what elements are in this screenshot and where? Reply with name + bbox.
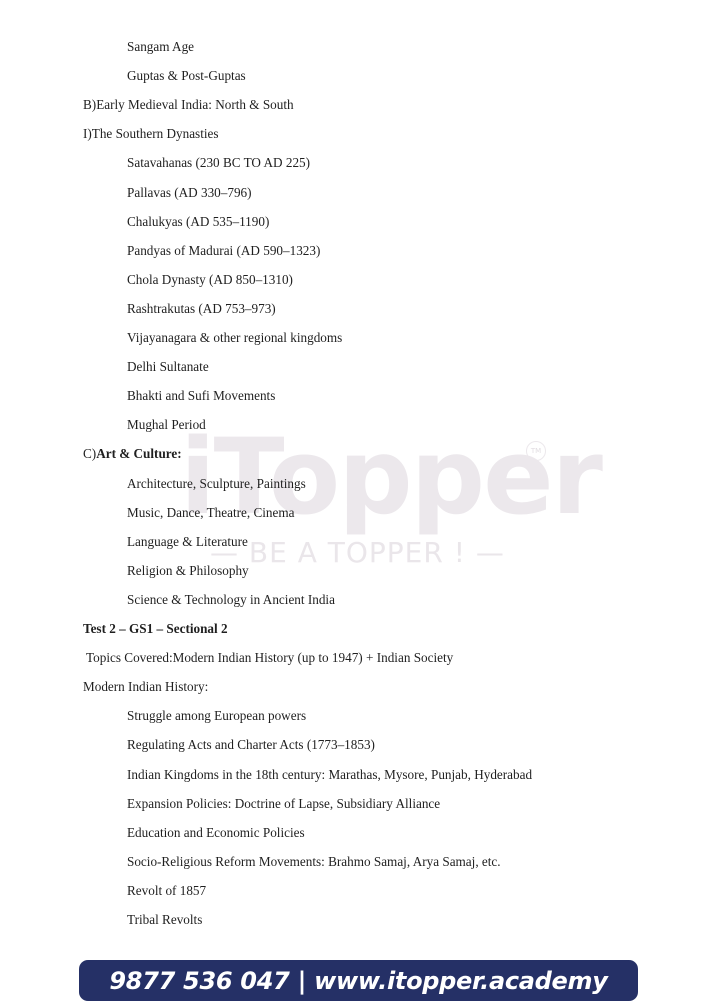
- line-text: Satavahanas (230 BC TO AD 225): [127, 155, 310, 170]
- line-text: Socio-Religious Reform Movements: Brahmo…: [127, 854, 501, 869]
- line-text: Vijayanagara & other regional kingdoms: [127, 330, 342, 345]
- section-prefix: C): [83, 446, 96, 461]
- section-heading: Topics Covered:Modern Indian History (up…: [86, 650, 453, 666]
- section-heading: B)Early Medieval India: North & South: [83, 97, 294, 113]
- line-text: Bhakti and Sufi Movements: [127, 388, 275, 403]
- line-text: Chola Dynasty (AD 850–1310): [127, 272, 293, 287]
- line-text: Architecture, Sculpture, Paintings: [127, 476, 306, 491]
- list-item: Satavahanas (230 BC TO AD 225): [127, 155, 310, 171]
- section-heading: C)Art & Culture:: [83, 446, 182, 462]
- list-item: Mughal Period: [127, 417, 206, 433]
- list-item: Regulating Acts and Charter Acts (1773–1…: [127, 737, 375, 753]
- line-text: Topics Covered:Modern Indian History (up…: [86, 650, 453, 665]
- list-item: Tribal Revolts: [127, 912, 202, 928]
- footer-banner: 9877 536 047 | www.itopper.academy: [79, 960, 638, 1001]
- list-item: Socio-Religious Reform Movements: Brahmo…: [127, 854, 501, 870]
- line-text: Delhi Sultanate: [127, 359, 209, 374]
- list-item: Struggle among European powers: [127, 708, 306, 724]
- line-text: Tribal Revolts: [127, 912, 202, 927]
- footer-contact: 9877 536 047 | www.itopper.academy: [109, 967, 607, 995]
- trademark-icon: TM: [526, 441, 546, 461]
- section-heading: I)The Southern Dynasties: [83, 126, 219, 142]
- watermark-tagline: — BE A TOPPER ! —: [210, 536, 505, 569]
- list-item: Bhakti and Sufi Movements: [127, 388, 275, 404]
- section-heading: Modern Indian History:: [83, 679, 208, 695]
- list-item: Revolt of 1857: [127, 883, 206, 899]
- line-text: Indian Kingdoms in the 18th century: Mar…: [127, 767, 532, 782]
- list-item: Religion & Philosophy: [127, 563, 249, 579]
- section-heading: Test 2 – GS1 – Sectional 2: [83, 621, 228, 637]
- line-text: Pandyas of Madurai (AD 590–1323): [127, 243, 320, 258]
- line-text: Revolt of 1857: [127, 883, 206, 898]
- list-item: Expansion Policies: Doctrine of Lapse, S…: [127, 796, 440, 812]
- list-item: Music, Dance, Theatre, Cinema: [127, 505, 294, 521]
- line-text: Modern Indian History:: [83, 679, 208, 694]
- list-item: Language & Literature: [127, 534, 248, 550]
- line-text: B)Early Medieval India: North & South: [83, 97, 294, 112]
- list-item: Sangam Age: [127, 39, 194, 55]
- line-text: Pallavas (AD 330–796): [127, 185, 252, 200]
- line-text: Expansion Policies: Doctrine of Lapse, S…: [127, 796, 440, 811]
- line-text: Music, Dance, Theatre, Cinema: [127, 505, 294, 520]
- list-item: Vijayanagara & other regional kingdoms: [127, 330, 342, 346]
- line-text: Art & Culture:: [96, 446, 181, 461]
- list-item: Chalukyas (AD 535–1190): [127, 214, 269, 230]
- list-item: Architecture, Sculpture, Paintings: [127, 476, 306, 492]
- line-text: Religion & Philosophy: [127, 563, 249, 578]
- list-item: Delhi Sultanate: [127, 359, 209, 375]
- line-text: Struggle among European powers: [127, 708, 306, 723]
- line-text: Test 2 – GS1 – Sectional 2: [83, 621, 228, 636]
- line-text: Education and Economic Policies: [127, 825, 305, 840]
- list-item: Guptas & Post-Guptas: [127, 68, 246, 84]
- list-item: Pandyas of Madurai (AD 590–1323): [127, 243, 320, 259]
- line-text: Rashtrakutas (AD 753–973): [127, 301, 276, 316]
- list-item: Science & Technology in Ancient India: [127, 592, 335, 608]
- line-text: Sangam Age: [127, 39, 194, 54]
- list-item: Pallavas (AD 330–796): [127, 185, 252, 201]
- line-text: Mughal Period: [127, 417, 206, 432]
- line-text: I)The Southern Dynasties: [83, 126, 219, 141]
- list-item: Rashtrakutas (AD 753–973): [127, 301, 276, 317]
- list-item: Chola Dynasty (AD 850–1310): [127, 272, 293, 288]
- line-text: Chalukyas (AD 535–1190): [127, 214, 269, 229]
- list-item: Education and Economic Policies: [127, 825, 305, 841]
- line-text: Guptas & Post-Guptas: [127, 68, 246, 83]
- line-text: Language & Literature: [127, 534, 248, 549]
- list-item: Indian Kingdoms in the 18th century: Mar…: [127, 767, 532, 783]
- line-text: Regulating Acts and Charter Acts (1773–1…: [127, 737, 375, 752]
- line-text: Science & Technology in Ancient India: [127, 592, 335, 607]
